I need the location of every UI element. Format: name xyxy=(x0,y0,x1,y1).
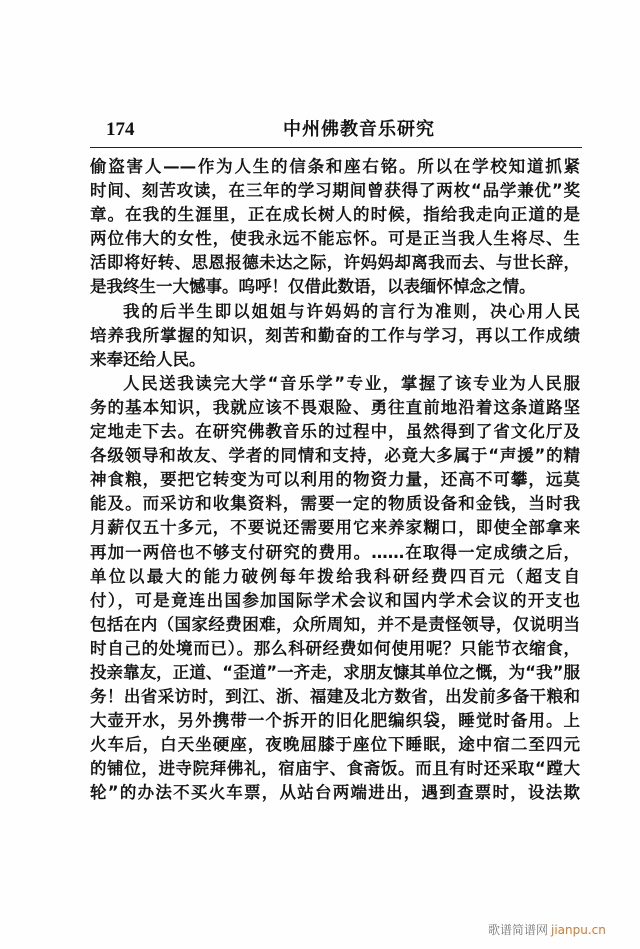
text-line: 我的后半生即以姐姐与许妈妈的言行为准则，决心用人民 xyxy=(90,300,580,324)
text-line: 务！出省采访时，到江、浙、福建及北方数省，出发前多备干粮和 xyxy=(90,685,580,709)
paragraph: 人民送我读完大学“音乐学”专业，掌握了该专业为人民服 务的基本知识，我就应该不畏… xyxy=(90,372,580,806)
text-line: 时间、刻苦攻读，在三年的学习期间曾获得了两枚“品学兼优”奖 xyxy=(90,179,580,203)
text-line: 两位伟大的女性，使我永远不能忘怀。可是正当我人生将尽、生 xyxy=(90,227,580,251)
paragraph: 偷盗害人——作为人生的信条和座右铭。所以在学校知道抓紧 时间、刻苦攻读，在三年的… xyxy=(90,155,580,300)
watermark-site-name: 歌谱简谱网 xyxy=(488,923,548,937)
text-line: 轮”的办法不买火车票，从站台两端进出，遇到查票时，设法欺 xyxy=(90,781,580,805)
text-line: 能及。而采访和收集资料，需要一定的物质设备和金钱，当时我 xyxy=(90,492,580,516)
text-line: 的铺位，进寺院拜佛礼，宿庙宇、食斋饭。而且有时还采取“蹚大 xyxy=(90,757,580,781)
text-line: 偷盗害人——作为人生的信条和座右铭。所以在学校知道抓紧 xyxy=(90,155,580,179)
site-watermark: 歌谱简谱网jianpu.cn xyxy=(488,921,606,938)
text-line: 各级领导和故友、学者的同情和支持，必竟大多属于“声援”的精 xyxy=(90,444,580,468)
text-line: 神食粮，要把它转变为可以利用的物资力量，还高不可攀，远莫 xyxy=(90,468,580,492)
text-line: 大壶开水，另外携带一个拆开的旧化肥编织袋，睡觉时备用。上 xyxy=(90,709,580,733)
text-line: 人民送我读完大学“音乐学”专业，掌握了该专业为人民服 xyxy=(90,372,580,396)
text-line: 付），可是竟连出国参加国际学术会议和国内学术会议的开支也 xyxy=(90,589,580,613)
text-line: 章。在我的生涯里，正在成长树人的时候，指给我走向正道的是 xyxy=(90,203,580,227)
text-line: 定地走下去。在研究佛教音乐的过程中，虽然得到了省文化厅及 xyxy=(90,420,580,444)
text-line: 时自己的处境而已）。那么科研经费如何使用呢？只能节衣缩食， xyxy=(90,637,580,661)
text-line: 活即将好转、思恩报德未达之际，许妈妈却离我而去、与世长辞， xyxy=(90,251,580,275)
page-header: 174 中州佛教音乐研究 xyxy=(90,116,582,144)
watermark-domain: jianpu.cn xyxy=(551,923,606,937)
text-line: 再加一两倍也不够支付研究的费用。……在取得一定成绩之后， xyxy=(90,541,580,565)
header-rule xyxy=(90,147,582,148)
book-page: 174 中州佛教音乐研究 偷盗害人——作为人生的信条和座右铭。所以在学校知道抓紧… xyxy=(0,0,640,949)
body-text: 偷盗害人——作为人生的信条和座右铭。所以在学校知道抓紧 时间、刻苦攻读，在三年的… xyxy=(90,155,580,806)
text-line: 培养我所掌握的知识，刻苦和勤奋的工作与学习，再以工作成绩 xyxy=(90,324,580,348)
text-line: 火车后，白天坐硬座，夜晚屈膝于座位下睡眠，途中宿二至四元 xyxy=(90,733,580,757)
text-line: 务的基本知识，我就应该不畏艰险、勇往直前地沿着这条道路坚 xyxy=(90,396,580,420)
text-line: 是我终生一大憾事。呜呼！仅借此数语，以表缅怀悼念之情。 xyxy=(90,275,580,299)
text-line: 投亲靠友，正道、“歪道”一齐走，求朋友慷其单位之慨，为“我”服 xyxy=(90,661,580,685)
text-line: 单位以最大的能力破例每年拨给我科研经费四百元（超支自 xyxy=(90,565,580,589)
text-line: 来奉还给人民。 xyxy=(90,348,580,372)
paragraph: 我的后半生即以姐姐与许妈妈的言行为准则，决心用人民 培养我所掌握的知识，刻苦和勤… xyxy=(90,300,580,372)
running-title: 中州佛教音乐研究 xyxy=(90,116,582,144)
text-line: 月薪仅五十多元，不要说还需要用它来养家糊口，即使全部拿来 xyxy=(90,516,580,540)
text-line: 包括在内（国家经费困难，众所周知，并不是责怪领导，仅说明当 xyxy=(90,613,580,637)
